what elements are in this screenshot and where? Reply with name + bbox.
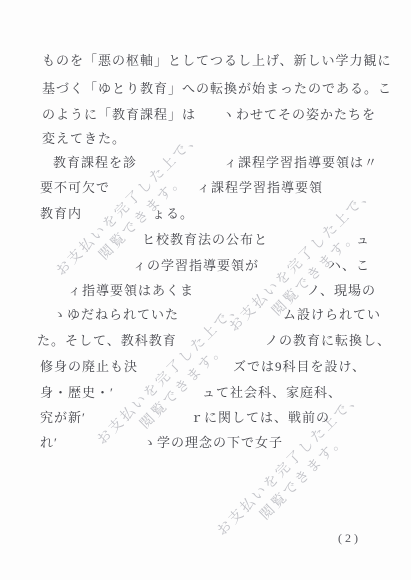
text-segment: ヒ校教育法の公布と (142, 229, 268, 248)
text-line: ヒ校教育法の公布とュ (0, 229, 411, 245)
text-line: 教育内ょる。 (0, 203, 411, 219)
text-line: 教育課程を診ィ課程学習指導要領は〃 (0, 152, 411, 168)
text-segment: 身・歴史・′ (40, 382, 114, 401)
text-segment: ム設けられてい (283, 304, 381, 323)
text-segment: ゝゆだねられていた (53, 304, 179, 323)
text-segment: 基づく「ゆとり教育」への転換が始まったのである。こ (42, 78, 392, 97)
text-line: 修身の廃止も決ズでは9科目を設け、 (0, 356, 411, 372)
text-segment: ょる。 (152, 203, 194, 222)
text-segment: ィの学習指導要領が (133, 255, 259, 274)
text-segment: 修身の廃止も決 (40, 356, 138, 375)
text-line: ゝゆだねられていたム設けられてい (0, 304, 411, 320)
text-segment: ｒに関しては、戦前の (190, 407, 330, 426)
text-line: 変えてきた。 (0, 128, 411, 144)
text-segment: 要不可欠で (40, 177, 110, 196)
page-number: (2) (338, 531, 361, 546)
text-line: 究が新′ｒに関しては、戦前の (0, 407, 411, 423)
text-line: 要不可欠でィ課程学習指導要領 (0, 177, 411, 193)
text-line: 基づく「ゆとり教育」への転換が始まったのである。こ (0, 78, 411, 94)
text-segment: ノ、現場の (307, 280, 376, 299)
text-segment: 教育課程を診 (53, 152, 137, 171)
text-segment: た。そして、教科教育 (37, 330, 177, 349)
text-segment: ィ課程学習指導要領は〃 (224, 152, 378, 171)
text-layer: ものを「悪の枢軸」としてつるし上げ、新しい学力観に基づく「ゆとり教育」への転換が… (0, 0, 411, 580)
text-segment: 変えてきた。 (42, 128, 126, 147)
document-page: お支払いを完了した上で、閲覧できます。お支払いを完了した上で、閲覧できます。お支… (0, 0, 411, 580)
text-line: 身・歴史・′ュて社会科、家庭科、 (0, 382, 411, 398)
text-line: のように「教育課程」はヽわせてその姿かたちを (0, 104, 411, 120)
text-segment: ュて社会科、家庭科、 (202, 382, 342, 401)
text-segment: ものを「悪の枢軸」としてつるし上げ、新しい学力観に (42, 50, 391, 69)
text-line: れ′ゝ学の理念の下で女子 (0, 432, 411, 448)
text-segment: れ′ (40, 432, 58, 451)
text-segment: 教育内 (40, 203, 82, 222)
text-segment: ヽわせてその姿かたちを (222, 104, 376, 123)
text-line: ものを「悪の枢軸」としてつるし上げ、新しい学力観に (0, 50, 411, 66)
text-segment: 究が新′ (40, 407, 86, 426)
text-line: ィ指導要領はあくまノ、現場の (0, 280, 411, 296)
text-segment: ュ (356, 229, 370, 248)
text-segment: ハ、こ (328, 255, 370, 274)
text-segment: ズでは9科目を設け、 (233, 356, 366, 375)
text-segment: のように「教育課程」は (42, 104, 196, 123)
text-line: た。そして、教科教育ノの教育に転換し、 (0, 330, 411, 346)
text-segment: ノの教育に転換し、 (265, 330, 391, 349)
text-line: ィの学習指導要領がハ、こ (0, 255, 411, 271)
text-segment: ィ指導要領はあくま (68, 280, 194, 299)
text-segment: ゝ学の理念の下で女子 (143, 432, 283, 451)
text-segment: ィ課程学習指導要領 (197, 177, 323, 196)
